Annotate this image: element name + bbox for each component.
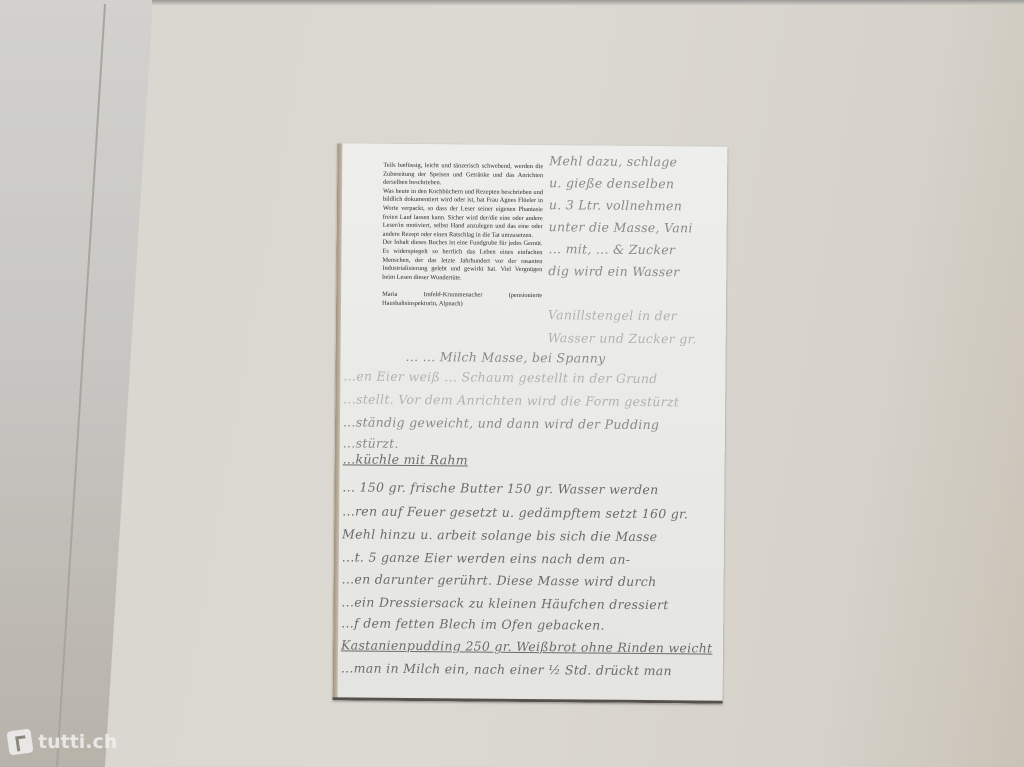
handwriting-line: unter die Masse, Vani	[549, 219, 693, 235]
handwriting-line: ... 150 gr. frische Butter 150 gr. Wasse…	[342, 479, 658, 497]
watermark-label: tutti.ch	[38, 731, 117, 753]
handwriting-line: ... mit, ... & Zucker	[548, 241, 675, 257]
handwriting-line: ...stürzt.	[343, 435, 399, 450]
handwriting-line: ...ein Dressiersack zu kleinen Häufchen …	[341, 594, 668, 612]
preface-paragraph: Teils bæfüssig, leicht und tänzerisch sc…	[383, 162, 543, 189]
handwriting-line: Wasser und Zucker gr.	[548, 330, 697, 346]
handwriting-line: ...en Eier weiß ... Schaum gestellt in d…	[343, 368, 657, 386]
handwriting-line: ...stellt. Vor dem Anrichten wird die Fo…	[343, 391, 679, 409]
printed-preface: Teils bæfüssig, leicht und tänzerisch sc…	[382, 162, 543, 310]
handwriting-line: ...t. 5 ganze Eier werden eins nach dem …	[342, 549, 631, 567]
handwriting-line: ...en darunter gerührt. Diese Masse wird…	[342, 571, 657, 589]
preface-signature: Maria Imfeld-Krummenacher (pensionierte …	[382, 291, 542, 310]
handwriting-line: Mehl hinzu u. arbeit solange bis sich di…	[342, 526, 657, 544]
mat-board-top-edge	[152, 0, 1024, 5]
book-page: Mehl dazu, schlage u. gieße denselben u.…	[333, 143, 728, 703]
preface-paragraph: Was heute in den Kochbüchern und Rezepte…	[383, 187, 543, 240]
handwriting-line: Vanillstengel in der	[548, 307, 677, 323]
handwriting-heading: Kastanienpudding 250 gr. Weißbrot ohne R…	[341, 637, 712, 655]
handwriting-line: u. 3 Ltr. vollnehmen	[549, 197, 682, 213]
handwriting-line: u. gieße denselben	[549, 175, 674, 191]
handwriting-line: ...f dem fetten Blech im Ofen gebacken.	[341, 615, 605, 632]
handwriting-line: ...man in Milch ein, nach einer ½ Std. d…	[341, 660, 672, 678]
tutti-logo-icon	[6, 728, 33, 755]
handwriting-line: dig wird ein Wasser	[548, 263, 679, 279]
handwriting-heading: ...küchle mit Rahm	[343, 451, 468, 467]
tutti-watermark: tutti.ch	[8, 730, 117, 754]
handwriting-line: ...ren auf Feuer gesetzt u. gedämpftem s…	[342, 503, 688, 521]
handwriting-line: ...ständig geweicht, und dann wird der P…	[343, 414, 659, 432]
preface-paragraph: Der Inhalt dieses Buches ist eine Fundgr…	[382, 239, 542, 283]
handwriting-line: ... ... Milch Masse, bei Spanny	[406, 349, 606, 366]
handwriting-line: Mehl dazu, schlage	[549, 153, 677, 169]
